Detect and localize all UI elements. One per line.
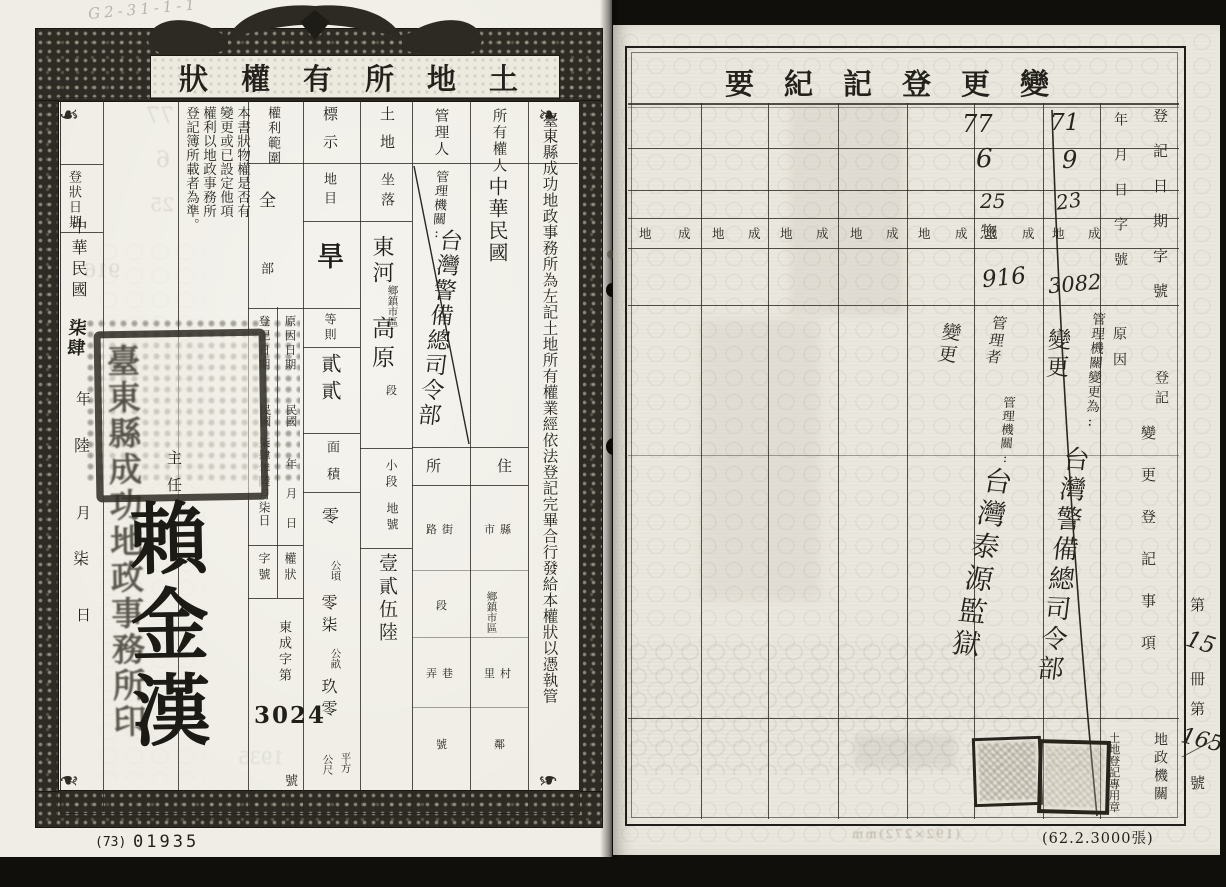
grid-line bbox=[303, 433, 360, 434]
grid-line bbox=[248, 308, 360, 309]
area-sqm-unit: 平方 bbox=[340, 752, 351, 773]
land-township-value: 東河 bbox=[370, 235, 392, 287]
preprint-char: 地 bbox=[639, 224, 652, 242]
area-hectare-value: 零 bbox=[322, 502, 339, 527]
frame-band-left bbox=[35, 100, 59, 792]
grid-line bbox=[412, 447, 528, 448]
issuer-statement: 臺東縣成功地政事務所為左記土地所有權業經依法登記完畢合行發給本權狀以憑執管 bbox=[541, 112, 557, 694]
preprint-char: 成 bbox=[1022, 224, 1035, 242]
grid-line bbox=[1100, 103, 1101, 819]
margin-label: 號 bbox=[1190, 772, 1205, 793]
issue-date-month-unit: 月 bbox=[76, 502, 91, 523]
area-label: 面積 bbox=[325, 440, 338, 494]
grid-line bbox=[248, 163, 578, 164]
residence-col-label: 鄰 bbox=[494, 736, 505, 752]
cert-number-value: 3024 bbox=[254, 702, 326, 729]
entry-year-handwritten: 71 bbox=[1050, 110, 1079, 136]
bleed-ghost: 1935 bbox=[238, 748, 284, 769]
residence-col-label: 鄉鎮市區 bbox=[486, 591, 497, 616]
serial-number: 01935 bbox=[133, 832, 199, 852]
land-section-unit: 段 bbox=[386, 382, 397, 398]
print-run-note: (62.2.3000張) bbox=[1042, 827, 1154, 848]
seal-impression bbox=[1044, 746, 1104, 807]
header-items-label: 變更登記事項 bbox=[1140, 425, 1155, 677]
certificate-title: 狀權有所地土 bbox=[159, 57, 551, 98]
owner-label: 所有權人 bbox=[491, 108, 506, 174]
margin-label: 第 bbox=[1190, 698, 1205, 719]
preprint-char: 成 bbox=[955, 224, 968, 242]
grid-line bbox=[907, 103, 908, 819]
grid-line bbox=[360, 448, 412, 449]
grid-line bbox=[974, 103, 975, 819]
area-hectare-unit: 公頃 bbox=[330, 560, 341, 581]
preprint-char: 成 bbox=[1088, 224, 1101, 242]
grade-label: 等則 bbox=[324, 313, 336, 343]
preprint-char: 地 bbox=[918, 224, 931, 242]
overwrite-scribble-handwritten: 惣 bbox=[979, 218, 998, 243]
issue-date-day-unit: 日 bbox=[76, 604, 91, 625]
pencil-annotation: G2-31-1-1 bbox=[87, 0, 199, 23]
grid-line bbox=[360, 548, 412, 549]
preprint-char: 成 bbox=[678, 224, 691, 242]
seal-impression bbox=[978, 742, 1037, 801]
entry-day-handwritten: 23 bbox=[1054, 187, 1083, 214]
record-title: 要紀記登更變 bbox=[725, 62, 1079, 103]
serial-prefix: (73) bbox=[95, 835, 126, 850]
entry-number-handwritten: 3082 bbox=[1047, 270, 1102, 299]
header-row-sublabels: 年月日字號 bbox=[1113, 112, 1127, 287]
grid-line bbox=[303, 347, 360, 348]
issue-date-year-value: 柒肆 bbox=[65, 318, 86, 358]
landuse-value: 旱 bbox=[317, 235, 344, 274]
rights-suffix: 部 bbox=[261, 258, 274, 277]
bleed-ghost: 6 bbox=[156, 148, 170, 173]
margin-label: 冊 bbox=[1190, 668, 1205, 689]
entry-day-handwritten: 25 bbox=[980, 189, 1005, 213]
entry-month-handwritten: 9 bbox=[1062, 146, 1077, 174]
grid-line bbox=[360, 100, 361, 812]
entry-number-handwritten: 916 bbox=[981, 263, 1027, 293]
grid-line bbox=[303, 221, 412, 222]
grid-line bbox=[60, 164, 103, 165]
bleed-smudge bbox=[790, 100, 905, 315]
bleed-ghost: 77 bbox=[146, 104, 174, 129]
header-reason-label: 登記 bbox=[1154, 370, 1168, 410]
residence-col-label: 弄巷 bbox=[426, 665, 458, 681]
area-sqm-unit: 公尺 bbox=[322, 754, 333, 775]
land-township-unit: 鄉鎮市區 bbox=[387, 285, 398, 311]
header-reason-label: 原因 bbox=[1112, 326, 1126, 378]
grid-line bbox=[412, 100, 413, 812]
land-subsection-label: 小段 bbox=[385, 459, 397, 491]
area-are-value: 零柒 bbox=[320, 594, 336, 638]
owner-value: 中華民國 bbox=[487, 176, 507, 264]
entry-year-handwritten: 77 bbox=[962, 110, 993, 138]
bleed-smudge bbox=[855, 735, 955, 767]
header-date-number-label: 登記日期字號 bbox=[1152, 108, 1167, 318]
grid-line bbox=[248, 598, 303, 599]
right-page-change-record: 要紀記登更變 登記日期字號 年月日字號 登記 原因 變更登記事項 地政機關 土地… bbox=[613, 25, 1220, 855]
grid-line bbox=[412, 570, 528, 571]
land-parcel-label: 地號 bbox=[386, 502, 398, 534]
bleed-ghost: 25 bbox=[150, 194, 174, 216]
cert-number-suffix: 號 bbox=[285, 770, 298, 789]
grid-line bbox=[412, 707, 528, 708]
header-agency-label: 地政機關 bbox=[1153, 732, 1167, 804]
preprint-char: 成 bbox=[748, 224, 761, 242]
certificate-note: 本書狀物權是否有 變更或已設定他項 權利以地政事務所 登記簿所載者為準。 bbox=[182, 106, 250, 242]
residence-col-label: 段 bbox=[436, 597, 447, 613]
land-location-label: 坐落 bbox=[380, 172, 394, 212]
grade-value: 貳貳 bbox=[320, 353, 340, 407]
residence-col-label: 號 bbox=[436, 736, 447, 752]
residence-col-label: 里村 bbox=[484, 665, 516, 681]
residence-col-label: 路街 bbox=[426, 521, 458, 537]
land-parcel-number: 壹貳伍陸 bbox=[377, 553, 396, 645]
bleed-ghost-note: (192×272)mm bbox=[850, 827, 960, 841]
issue-date-day-value: 柒 bbox=[73, 546, 89, 569]
land-header: 土地 bbox=[379, 106, 394, 162]
landuse-label: 地目 bbox=[322, 172, 335, 210]
bleed-smudge bbox=[700, 320, 820, 600]
title-plaque: 狀權有所地土 bbox=[150, 55, 560, 99]
rights-value: 全 bbox=[259, 186, 276, 211]
land-section-value: 高原 bbox=[369, 316, 392, 374]
preprint-char: 地 bbox=[712, 224, 725, 242]
registration-seal-stamp bbox=[1037, 739, 1111, 815]
bleed-pattern bbox=[95, 240, 205, 780]
rights-label: 權利範圍 bbox=[266, 106, 279, 166]
entry-reason-handwritten: 變更 bbox=[1042, 328, 1069, 382]
registration-seal-stamp bbox=[972, 736, 1043, 807]
grid-line bbox=[1043, 103, 1044, 819]
cert-number-prefix: 東成字第 bbox=[277, 620, 290, 684]
manager-label: 管理人 bbox=[433, 108, 448, 158]
residence-col-label: 市縣 bbox=[484, 521, 516, 537]
preprint-char: 地 bbox=[1052, 224, 1065, 242]
scanned-document-spread: G2-31-1-1 狀權有所地土 ❧ ❧ ❧ ❧ bbox=[0, 0, 1226, 887]
grid-line bbox=[412, 637, 528, 638]
cert-number-label: 權狀 bbox=[284, 552, 296, 584]
mark-header: 標示 bbox=[322, 106, 337, 162]
left-page-land-certificate: G2-31-1-1 狀權有所地土 ❧ ❧ ❧ ❧ bbox=[0, 0, 612, 857]
grid-line bbox=[412, 485, 528, 486]
entry-month-handwritten: 6 bbox=[976, 144, 993, 174]
cert-number-label: 字號 bbox=[258, 552, 270, 584]
area-are-unit: 公畝 bbox=[330, 648, 341, 669]
residence-label: 所住 bbox=[426, 455, 568, 476]
grid-line bbox=[628, 718, 1179, 719]
margin-label: 第 bbox=[1190, 594, 1205, 615]
